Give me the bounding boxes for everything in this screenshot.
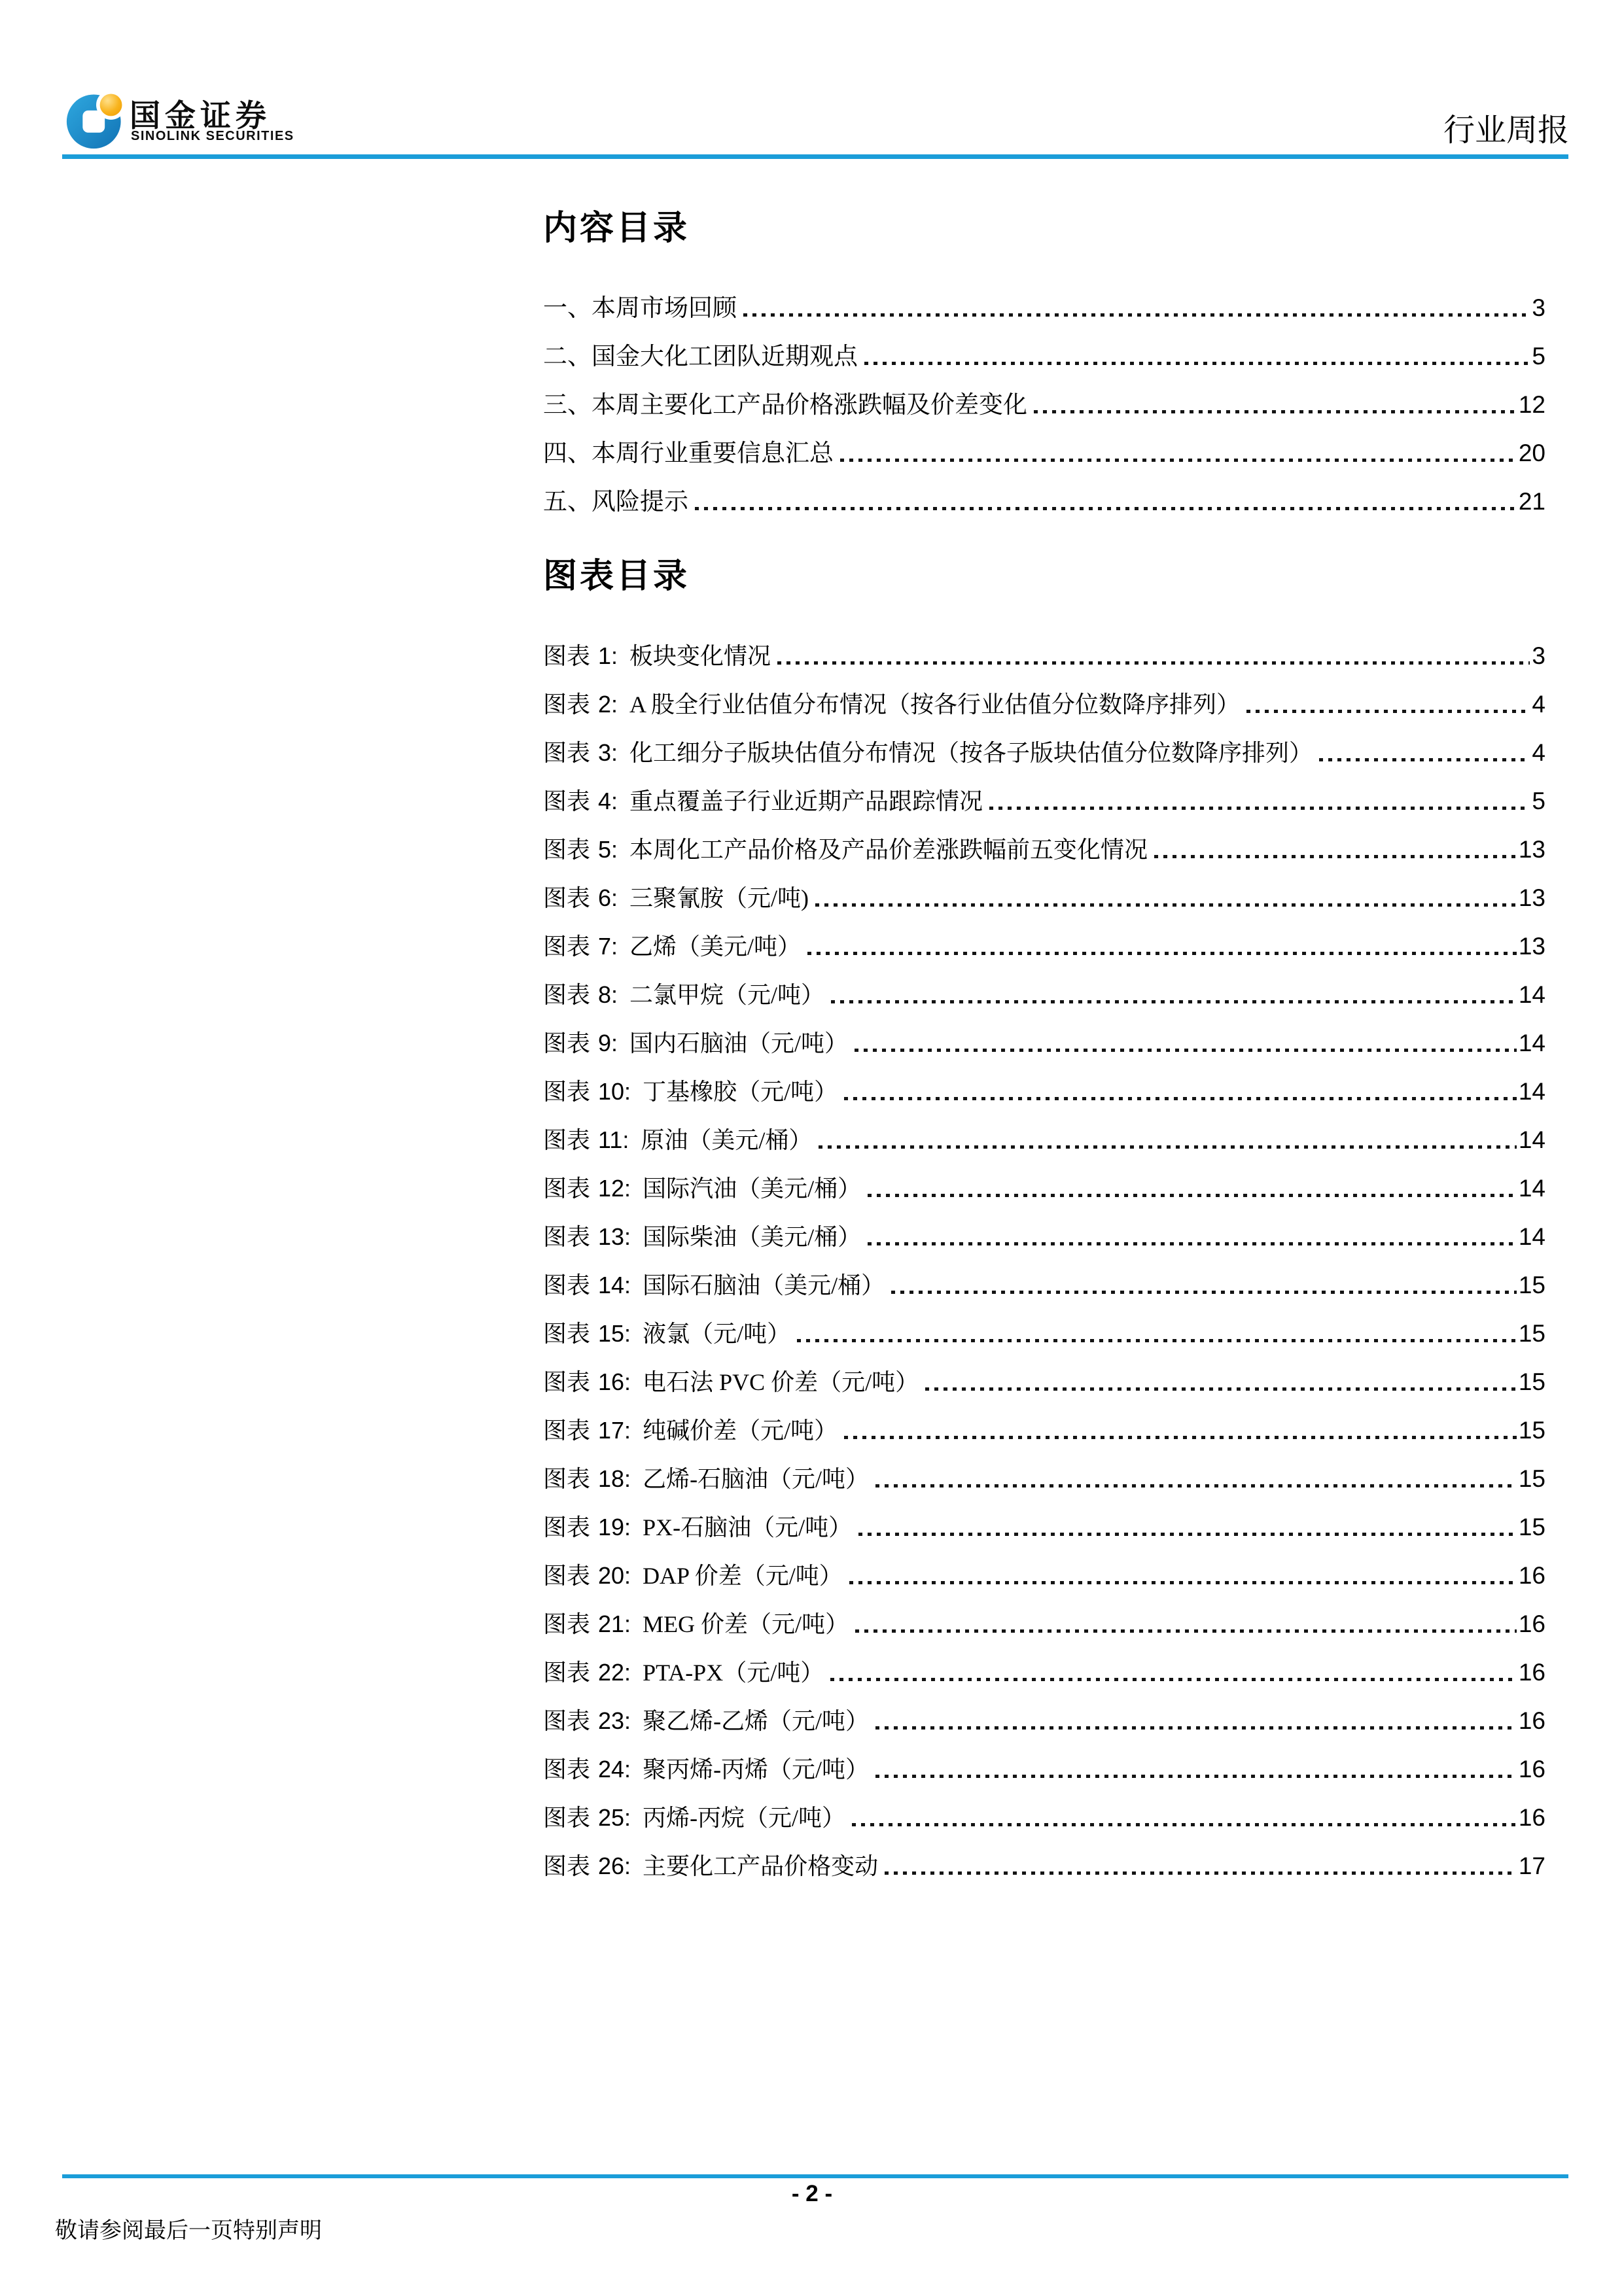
figure-entry-number: 24: [598,1745,631,1794]
toc-entry-title: 四、本周行业重要信息汇总 [543,430,834,478]
figure-entry[interactable]: 图表 20: DAP 价差（元/吨） 16 [543,1552,1545,1600]
figure-entry[interactable]: 图表 2: A 股全行业估值分布情况（按各行业估值分位数降序排列） 4 [543,680,1545,729]
figure-entry-prefix: 图表 [543,1213,590,1261]
leader-dots [855,1629,1517,1633]
figure-entry[interactable]: 图表 22: PTA-PX（元/吨） 16 [543,1648,1545,1697]
leader-dots [885,1871,1517,1875]
figure-entry-number: 3: [598,729,618,777]
figure-entry-page-number: 14 [1519,1068,1545,1116]
leader-dots [989,807,1530,810]
figure-entry-prefix: 图表 [543,777,590,826]
figure-entry-title: 国际汽油（美元/桶） [643,1164,861,1213]
figure-entry-prefix: 图表 [543,1600,590,1648]
figure-entry-title: 板块变化情况 [629,632,771,680]
leader-dots [807,952,1517,955]
figure-entry-number: 11: [598,1116,629,1164]
figure-entry-number: 16: [598,1358,631,1406]
leader-dots [819,1145,1516,1149]
figure-entry-number: 8: [598,971,618,1019]
leader-dots [875,1484,1517,1487]
leader-dots [868,1242,1517,1245]
figure-entry-page-number: 14 [1519,971,1545,1019]
footer-divider [62,2174,1568,2178]
figure-entry-number: 18: [598,1455,631,1503]
toc-entry-page-number: 20 [1519,429,1545,478]
figure-entry-number: 26: [598,1842,631,1890]
figure-entry-number: 20: [598,1552,631,1600]
figure-entry-prefix: 图表 [543,1842,590,1890]
figure-entry-title: 主要化工产品价格变动 [643,1842,878,1890]
figure-entry-page-number: 15 [1519,1406,1545,1455]
figure-entry[interactable]: 图表 17: 纯碱价差（元/吨） 15 [543,1406,1545,1455]
figure-entry[interactable]: 图表 21: MEG 价差（元/吨） 16 [543,1600,1545,1648]
figure-entry-title: 丙烯-丙烷（元/吨） [643,1794,845,1842]
figure-entry[interactable]: 图表 12: 国际汽油（美元/桶） 14 [543,1164,1545,1213]
figure-entry-title: PX-石脑油（元/吨） [643,1503,852,1552]
figure-entry-title: 国际柴油（美元/桶） [643,1213,861,1261]
figure-entry-title: A 股全行业估值分布情况（按各行业估值分位数降序排列） [629,680,1240,729]
figure-entry-page-number: 16 [1519,1552,1545,1600]
leader-dots [777,661,1530,665]
figure-entry[interactable]: 图表 10: 丁基橡胶（元/吨） 14 [543,1068,1545,1116]
figure-entry[interactable]: 图表 11: 原油（美元/桶） 14 [543,1116,1545,1164]
figure-entry-title: 乙烯（美元/吨） [629,922,801,971]
contents-list: 一、本周市场回顾 3 二、国金大化工团队近期观点 5 三、本周主要化工产品价格涨… [543,284,1545,526]
leader-dots [868,1194,1517,1197]
figure-entry-prefix: 图表 [543,1406,590,1455]
leader-dots [891,1291,1517,1294]
figure-entry-page-number: 16 [1519,1697,1545,1745]
figure-entry-prefix: 图表 [543,1068,590,1116]
figure-entry-page-number: 13 [1519,826,1545,874]
figure-entry-number: 7: [598,922,618,971]
figure-entry[interactable]: 图表 8: 二氯甲烷（元/吨） 14 [543,971,1545,1019]
figure-entry-page-number: 14 [1519,1019,1545,1068]
figure-entry-prefix: 图表 [543,874,590,922]
figure-entry[interactable]: 图表 6: 三聚氰胺（元/吨) 13 [543,874,1545,922]
figure-entry-title: 聚乙烯-乙烯（元/吨） [643,1697,869,1745]
leader-dots [864,362,1530,365]
leader-dots [840,459,1517,462]
figure-entry[interactable]: 图表 19: PX-石脑油（元/吨） 15 [543,1503,1545,1552]
figure-entry-title: 化工细分子版块估值分布情况（按各子版块估值分位数降序排列） [629,729,1313,777]
figure-entry-prefix: 图表 [543,1019,590,1068]
toc-entry[interactable]: 四、本周行业重要信息汇总 20 [543,429,1545,478]
figure-entry-page-number: 16 [1519,1600,1545,1648]
figure-entry-number: 17: [598,1406,631,1455]
figure-entry-title: 丁基橡胶（元/吨） [643,1068,838,1116]
figure-entry-title: 重点覆盖子行业近期产品跟踪情况 [629,777,983,826]
figure-entry-page-number: 17 [1519,1842,1545,1890]
leader-dots [1154,855,1517,858]
leader-dots [831,1000,1517,1003]
figure-entry-prefix: 图表 [543,1116,590,1164]
figure-entry-number: 22: [598,1648,631,1697]
figure-entry-page-number: 4 [1532,729,1545,777]
toc-entry-title: 五、风险提示 [543,478,688,527]
leader-dots [1034,410,1517,413]
figure-entry-prefix: 图表 [543,1455,590,1503]
figure-entry-title: 本周化工产品价格及产品价差涨跌幅前五变化情况 [629,826,1148,874]
figure-entry-page-number: 16 [1519,1648,1545,1697]
figure-entry[interactable]: 图表 7: 乙烯（美元/吨） 13 [543,922,1545,971]
figure-entry-number: 13: [598,1213,631,1261]
figure-entry-page-number: 16 [1519,1794,1545,1842]
figure-entry-page-number: 15 [1519,1503,1545,1552]
figure-entry-prefix: 图表 [543,1552,590,1600]
figure-entry-prefix: 图表 [543,729,590,777]
figure-entry-title: 原油（美元/桶） [641,1116,812,1164]
figure-entry-title: 电石法 PVC 价差（元/吨） [643,1358,919,1406]
figure-entry-number: 5: [598,826,618,874]
figure-entry-title: PTA-PX（元/吨） [643,1648,824,1697]
figure-entry-number: 10: [598,1068,631,1116]
report-type-label: 行业周报 [1443,105,1569,150]
figure-entry-number: 21: [598,1600,631,1648]
figure-entry-prefix: 图表 [543,680,590,729]
figure-entry-title: 三聚氰胺（元/吨) [629,874,809,922]
toc-entry-page-number: 5 [1532,332,1545,381]
figure-entry-prefix: 图表 [543,1358,590,1406]
figure-entry-title: 国际石脑油（美元/桶） [643,1261,885,1310]
figure-entry-page-number: 15 [1519,1358,1545,1406]
figure-entry-number: 2: [598,680,618,729]
table-of-contents: 内容目录 一、本周市场回顾 3 二、国金大化工团队近期观点 5 三、本周主要化工… [543,208,1545,1890]
report-page: 国金证券 SINOLINK SECURITIES 行业周报 内容目录 一、本周市… [0,0,1624,2296]
figure-entry-prefix: 图表 [543,1648,590,1697]
figure-entry-page-number: 4 [1532,680,1545,729]
figure-entry-number: 23: [598,1697,631,1745]
figure-entry-page-number: 15 [1519,1310,1545,1358]
figure-entry[interactable]: 图表 3: 化工细分子版块估值分布情况（按各子版块估值分位数降序排列） 4 [543,729,1545,777]
figure-entry-prefix: 图表 [543,1794,590,1842]
figure-entry-number: 1: [598,632,618,680]
figure-entry[interactable]: 图表 26: 主要化工产品价格变动 17 [543,1842,1545,1890]
page-number: - 2 - [0,2181,1624,2207]
figures-list: 图表 1: 板块变化情况 3 图表 2: A 股全行业估值分布情况（按各行业估值… [543,632,1545,1890]
figure-entry-page-number: 14 [1519,1213,1545,1261]
leader-dots [797,1339,1517,1342]
figure-entry-number: 4: [598,777,618,826]
leader-dots [849,1581,1517,1584]
figure-entry-page-number: 14 [1519,1164,1545,1213]
toc-entry-title: 三、本周主要化工产品价格涨跌幅及价差变化 [543,381,1027,430]
figure-entry-number: 25: [598,1794,631,1842]
toc-entry[interactable]: 二、国金大化工团队近期观点 5 [543,332,1545,381]
figure-entry-page-number: 5 [1532,777,1545,826]
figure-entry[interactable]: 图表 14: 国际石脑油（美元/桶） 15 [543,1261,1545,1310]
figure-entry-page-number: 15 [1519,1455,1545,1503]
figure-entry[interactable]: 图表 1: 板块变化情况 3 [543,632,1545,680]
leader-dots [875,1726,1517,1730]
figure-entry-number: 19: [598,1503,631,1552]
figure-entry-number: 14: [598,1261,631,1310]
leader-dots [830,1678,1517,1681]
figure-entry[interactable]: 图表 23: 聚乙烯-乙烯（元/吨） 16 [543,1697,1545,1745]
leader-dots [1319,758,1530,761]
header-divider [62,154,1568,159]
leader-dots [855,1049,1517,1052]
figure-entry-page-number: 16 [1519,1745,1545,1794]
figure-entry-page-number: 14 [1519,1116,1545,1164]
figure-entry-number: 12: [598,1164,631,1213]
figure-entry-page-number: 13 [1519,922,1545,971]
leader-dots [743,313,1530,317]
figure-entry[interactable]: 图表 9: 国内石脑油（元/吨） 14 [543,1019,1545,1068]
figure-entry-prefix: 图表 [543,1745,590,1794]
figure-entry-number: 6: [598,874,618,922]
figure-entry[interactable]: 图表 18: 乙烯-石脑油（元/吨） 15 [543,1455,1545,1503]
figure-entry-title: 国内石脑油（元/吨） [629,1019,848,1068]
figure-entry[interactable]: 图表 13: 国际柴油（美元/桶） 14 [543,1213,1545,1261]
leader-dots [858,1533,1517,1536]
figure-entry-prefix: 图表 [543,1697,590,1745]
figure-entry-page-number: 3 [1532,632,1545,680]
figure-entry[interactable]: 图表 25: 丙烯-丙烷（元/吨） 16 [543,1794,1545,1842]
figure-entry-page-number: 15 [1519,1261,1545,1310]
figure-entry-title: 聚丙烯-丙烯（元/吨） [643,1745,869,1794]
figure-entry-prefix: 图表 [543,1164,590,1213]
figure-entry-title: DAP 价差（元/吨） [643,1552,843,1600]
leader-dots [875,1775,1517,1778]
toc-entry[interactable]: 一、本周市场回顾 3 [543,284,1545,332]
leader-dots [1246,710,1530,713]
leader-dots [844,1436,1517,1439]
figure-entry-prefix: 图表 [543,826,590,874]
toc-entry-title: 一、本周市场回顾 [543,285,737,333]
figure-entry[interactable]: 图表 4: 重点覆盖子行业近期产品跟踪情况 5 [543,777,1545,826]
figure-entry-page-number: 13 [1519,874,1545,922]
toc-entry-title: 二、国金大化工团队近期观点 [543,333,858,381]
toc-entry-page-number: 3 [1532,284,1545,332]
figure-entry[interactable]: 图表 24: 聚丙烯-丙烯（元/吨） 16 [543,1745,1545,1794]
figure-entry-prefix: 图表 [543,922,590,971]
figure-entry-title: 乙烯-石脑油（元/吨） [643,1455,869,1503]
figure-entry-title: 二氯甲烷（元/吨） [629,971,824,1019]
toc-entry[interactable]: 三、本周主要化工产品价格涨跌幅及价差变化 12 [543,381,1545,429]
sinolink-logo-icon [65,89,127,150]
figure-entry-number: 15: [598,1310,631,1358]
figure-entry-prefix: 图表 [543,1503,590,1552]
figure-entry-prefix: 图表 [543,1261,590,1310]
toc-entry-page-number: 12 [1519,381,1545,429]
figures-heading: 图表目录 [543,556,1545,598]
toc-entry[interactable]: 五、风险提示 21 [543,478,1545,526]
footer-disclaimer: 敬请参阅最后一页特别声明 [55,2212,322,2244]
figure-entry-prefix: 图表 [543,971,590,1019]
leader-dots [925,1387,1517,1391]
brand-name-en: SINOLINK SECURITIES [131,129,294,144]
leader-dots [815,903,1517,907]
figure-entry[interactable]: 图表 5: 本周化工产品价格及产品价差涨跌幅前五变化情况 13 [543,826,1545,874]
toc-entry-page-number: 21 [1519,478,1545,526]
leader-dots [844,1097,1517,1100]
figure-entry[interactable]: 图表 16: 电石法 PVC 价差（元/吨） 15 [543,1358,1545,1406]
figure-entry-title: 液氯（元/吨） [643,1310,790,1358]
figure-entry-prefix: 图表 [543,632,590,680]
figure-entry-title: MEG 价差（元/吨） [643,1600,849,1648]
figure-entry-title: 纯碱价差（元/吨） [643,1406,838,1455]
figure-entry-prefix: 图表 [543,1310,590,1358]
leader-dots [695,507,1517,510]
leader-dots [852,1823,1517,1826]
figure-entry-number: 9: [598,1019,618,1068]
figure-entry[interactable]: 图表 15: 液氯（元/吨） 15 [543,1310,1545,1358]
contents-heading: 内容目录 [543,208,1545,250]
